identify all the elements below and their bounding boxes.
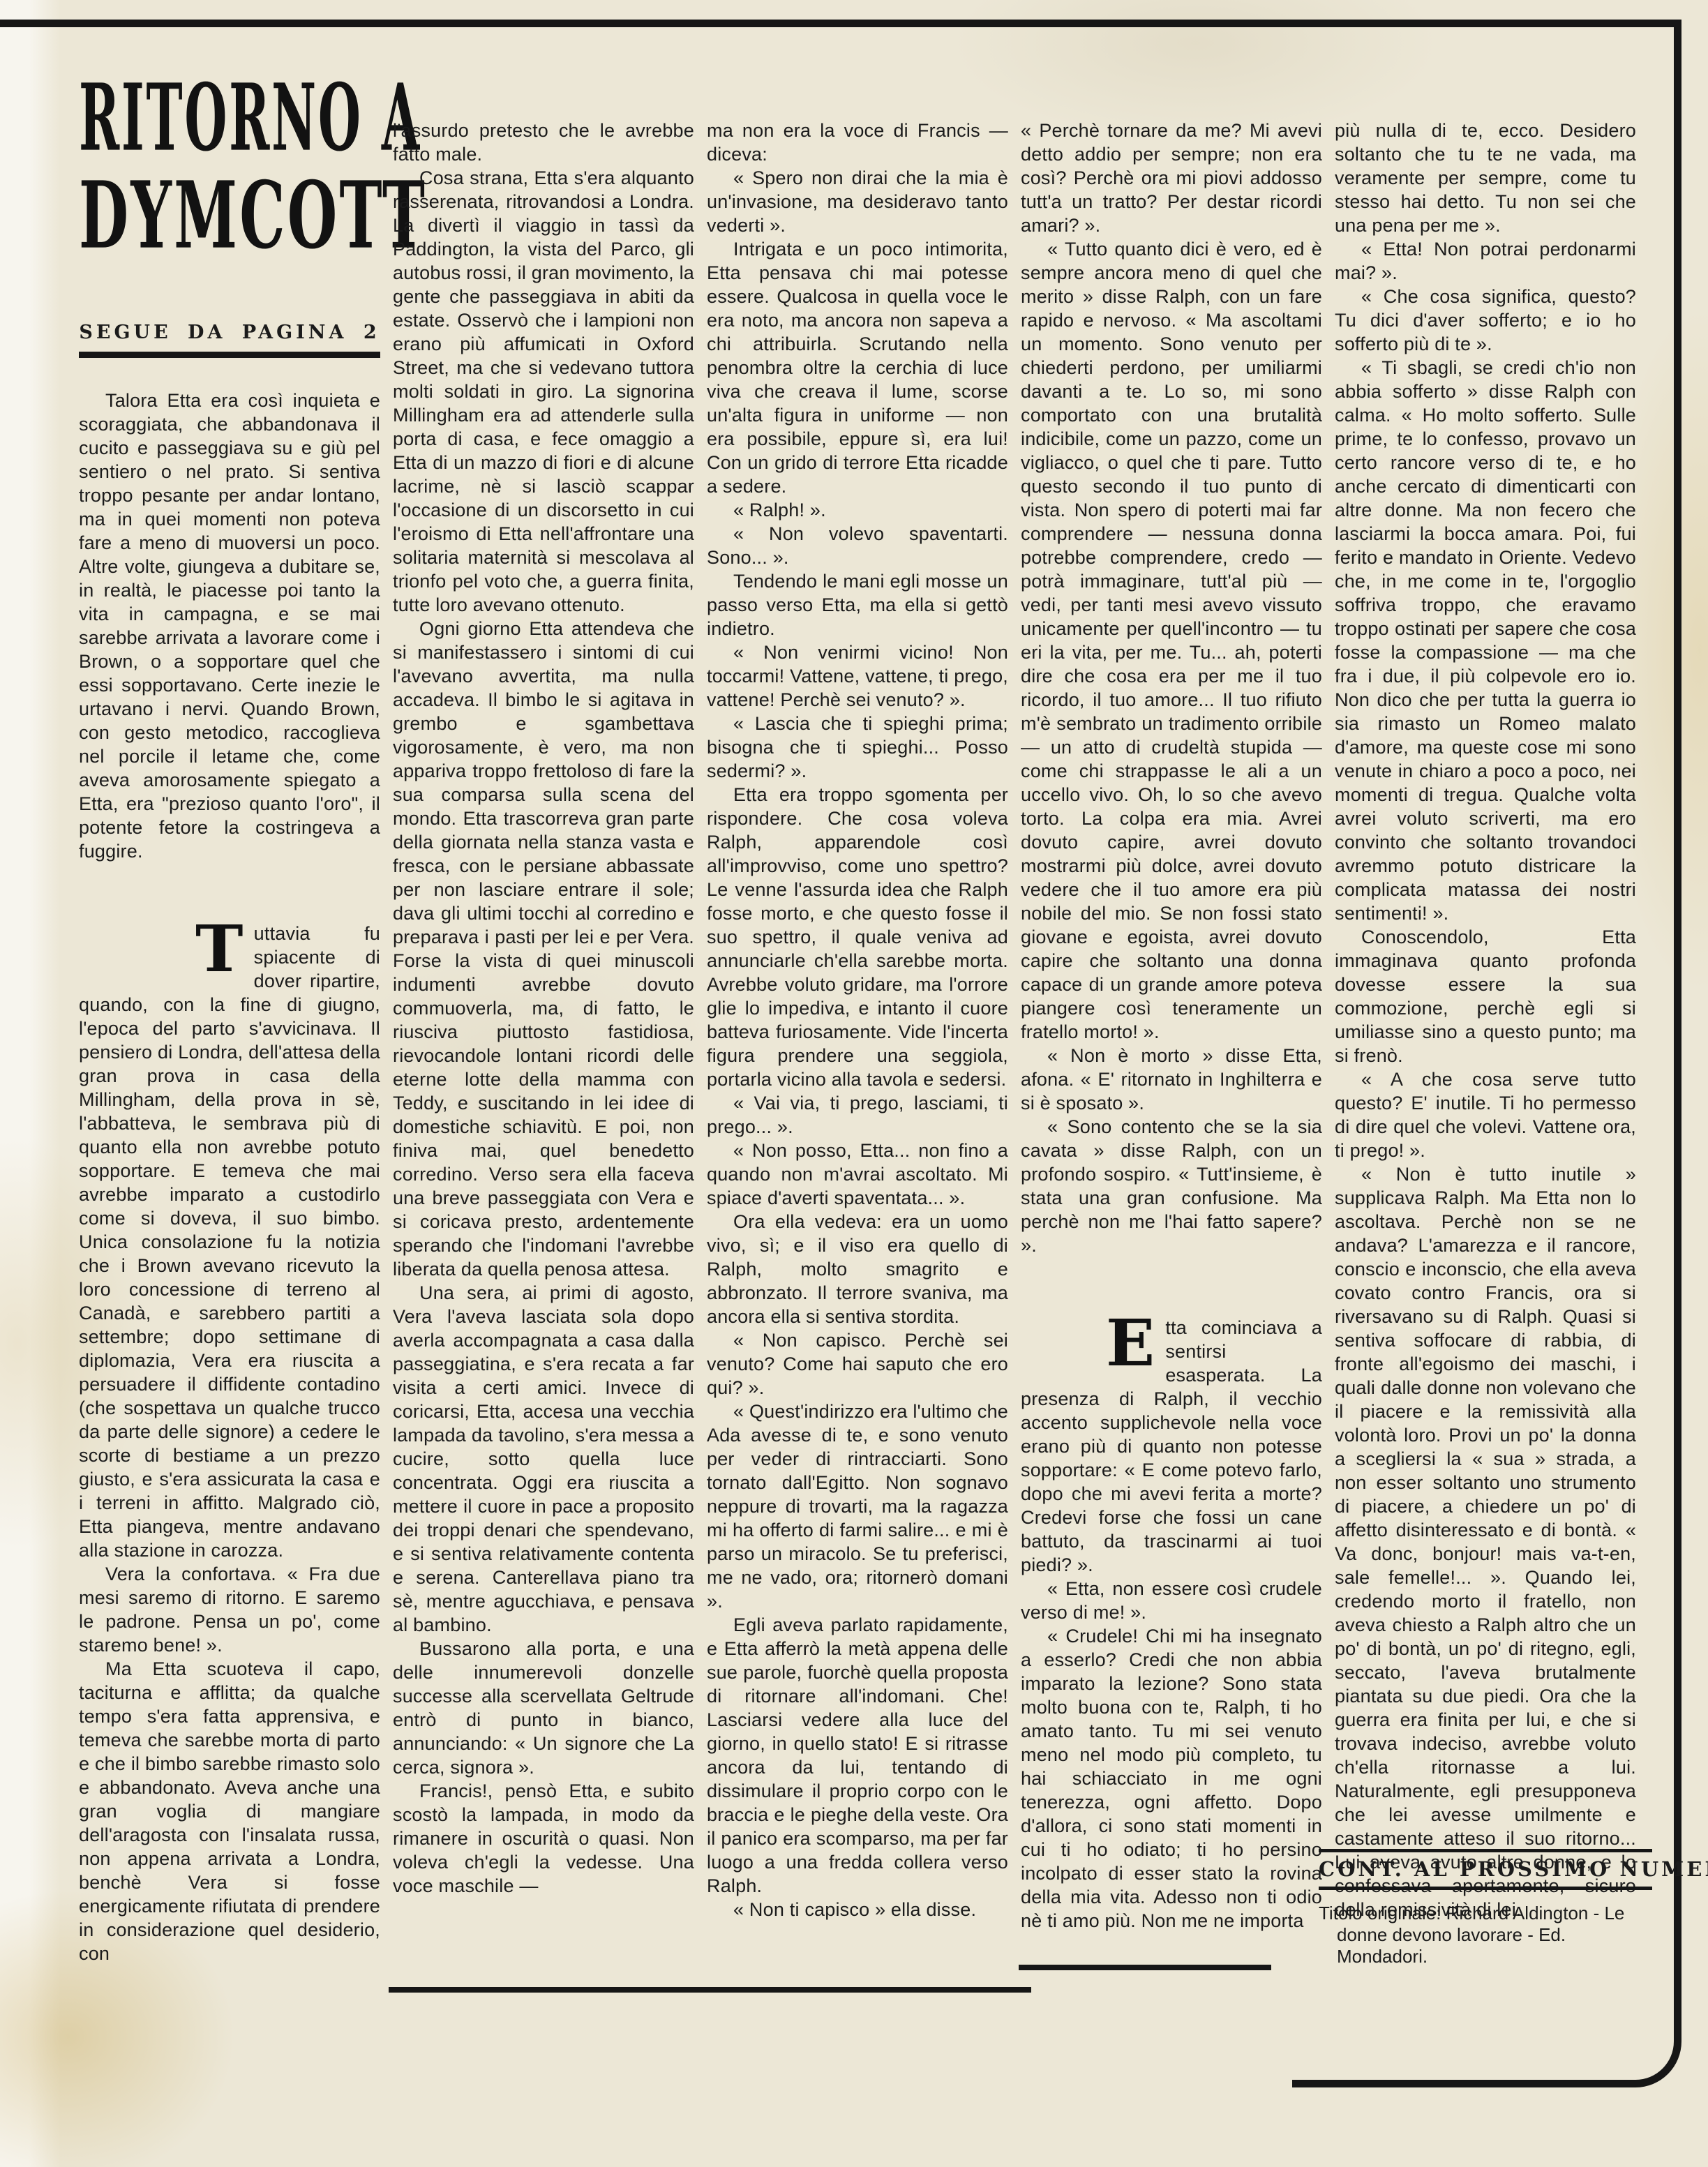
bottom-rule-left <box>389 1987 1031 1993</box>
paragraph: « Che cosa significa, questo? Tu dici d'… <box>1335 285 1636 356</box>
column-4: « Perchè tornare da me? Mi avevi detto a… <box>1021 119 1322 1933</box>
column-5: più nulla di te, ecco. Desidero soltanto… <box>1335 119 1636 1921</box>
paragraph: « Non capisco. Perchè sei venuto? Come h… <box>707 1328 1008 1400</box>
paragraph: « Perchè tornare da me? Mi avevi detto a… <box>1021 119 1322 237</box>
paragraph: ma non era la voce di Francis — diceva: <box>707 119 1008 166</box>
paragraph: Tuttavia fu spiacente di dover ripartire… <box>79 922 380 1562</box>
paragraph: « Non venirmi vicino! Non toccarmi! Vatt… <box>707 640 1008 712</box>
paragraph: « Etta, non essere così crudele verso di… <box>1021 1577 1322 1624</box>
column-2: l'assurdo pretesto che le avrebbe fatto … <box>393 119 694 1898</box>
paragraph: più nulla di te, ecco. Desidero soltanto… <box>1335 119 1636 237</box>
paragraph: « Quest'indirizzo era l'ultimo che Ada a… <box>707 1400 1008 1613</box>
footer-block: CONT. AL PROSSIMO NUMERO Titolo original… <box>1319 1849 1652 1967</box>
original-title-credit: Titolo originale: Richard Aldington - Le… <box>1319 1903 1652 1967</box>
paragraph: « Ti sbagli, se credi ch'io non abbia so… <box>1335 356 1636 925</box>
drop-cap: E <box>1106 1316 1155 1366</box>
paragraph: « Tutto quanto dici è vero, ed è sempre … <box>1021 237 1322 1044</box>
paragraph: « Vai via, ti prego, lasciami, ti prego.… <box>707 1091 1008 1139</box>
bottom-rule-middle <box>1019 1965 1271 1970</box>
paragraph: Conoscendolo, Etta immaginava quanto pro… <box>1335 925 1636 1067</box>
footer-rule-bottom <box>1319 1887 1652 1890</box>
paragraph: Ogni giorno Etta attendeva che si manife… <box>393 617 694 1281</box>
paragraph: « Lascia che ti spieghi prima; bisogna c… <box>707 712 1008 783</box>
continuation-notice: CONT. AL PROSSIMO NUMERO <box>1319 1852 1652 1887</box>
paragraph: Cosa strana, Etta s'era alquanto rassere… <box>393 166 694 617</box>
paragraph: « Non è tutto inutile » supplicava Ralph… <box>1335 1162 1636 1921</box>
paragraph: « Sono contento che se la sia cavata » d… <box>1021 1115 1322 1257</box>
drop-cap: T <box>195 922 244 972</box>
paragraph: Etta cominciava a sentirsi esasperata. L… <box>1021 1316 1322 1577</box>
paragraph: Tendendo le mani egli mosse un passo ver… <box>707 569 1008 640</box>
paragraph: « Crudele! Chi mi ha insegnato a esserlo… <box>1021 1624 1322 1933</box>
paragraph: Una sera, ai primi di agosto, Vera l'ave… <box>393 1281 694 1637</box>
masthead-rule <box>79 352 380 358</box>
column-1: RITORNO A DYMCOTT SEGUE DA PAGINA 2 Talo… <box>79 102 380 1965</box>
article-masthead: RITORNO A DYMCOTT SEGUE DA PAGINA 2 <box>79 102 380 358</box>
magazine-page: RITORNO A DYMCOTT SEGUE DA PAGINA 2 Talo… <box>0 0 1708 2167</box>
paragraph: « Etta! Non potrai perdonarmi mai? ». <box>1335 237 1636 285</box>
paragraph: Ora ella vedeva: era un uomo vivo, sì; e… <box>707 1210 1008 1328</box>
paragraph: « A che cosa serve tutto questo? E' inut… <box>1335 1067 1636 1162</box>
paragraph: Egli aveva parlato rapidamente, e Etta a… <box>707 1613 1008 1898</box>
paragraph: « Non volevo spaventarti. Sono... ». <box>707 522 1008 569</box>
paragraph: « Non posso, Etta... non fino a quando n… <box>707 1139 1008 1210</box>
paragraph: Ma Etta scuoteva il capo, taciturna e af… <box>79 1657 380 1965</box>
paragraph: Vera la confortava. « Fra due mesi sarem… <box>79 1562 380 1657</box>
paragraph: Intrigata e un poco intimorita, Etta pen… <box>707 237 1008 498</box>
paragraph: « Ralph! ». <box>707 498 1008 522</box>
paragraph: l'assurdo pretesto che le avrebbe fatto … <box>393 119 694 166</box>
paragraph: Etta era troppo sgomenta per rispondere.… <box>707 783 1008 1091</box>
paragraph: « Non è morto » disse Etta, afona. « E' … <box>1021 1044 1322 1115</box>
column-3: ma non era la voce di Francis — diceva:«… <box>707 119 1008 1921</box>
paragraph: « Non ti capisco » ella disse. <box>707 1898 1008 1921</box>
paragraph: Bussarono alla porta, e una delle innume… <box>393 1637 694 1779</box>
paragraph: « Spero non dirai che la mia è un'invasi… <box>707 166 1008 237</box>
paragraph: Francis!, pensò Etta, e subito scostò la… <box>393 1779 694 1898</box>
article-title-line-2: DYMCOTT <box>79 200 326 338</box>
paragraph: Talora Etta era così inquieta e scoraggi… <box>79 389 380 863</box>
